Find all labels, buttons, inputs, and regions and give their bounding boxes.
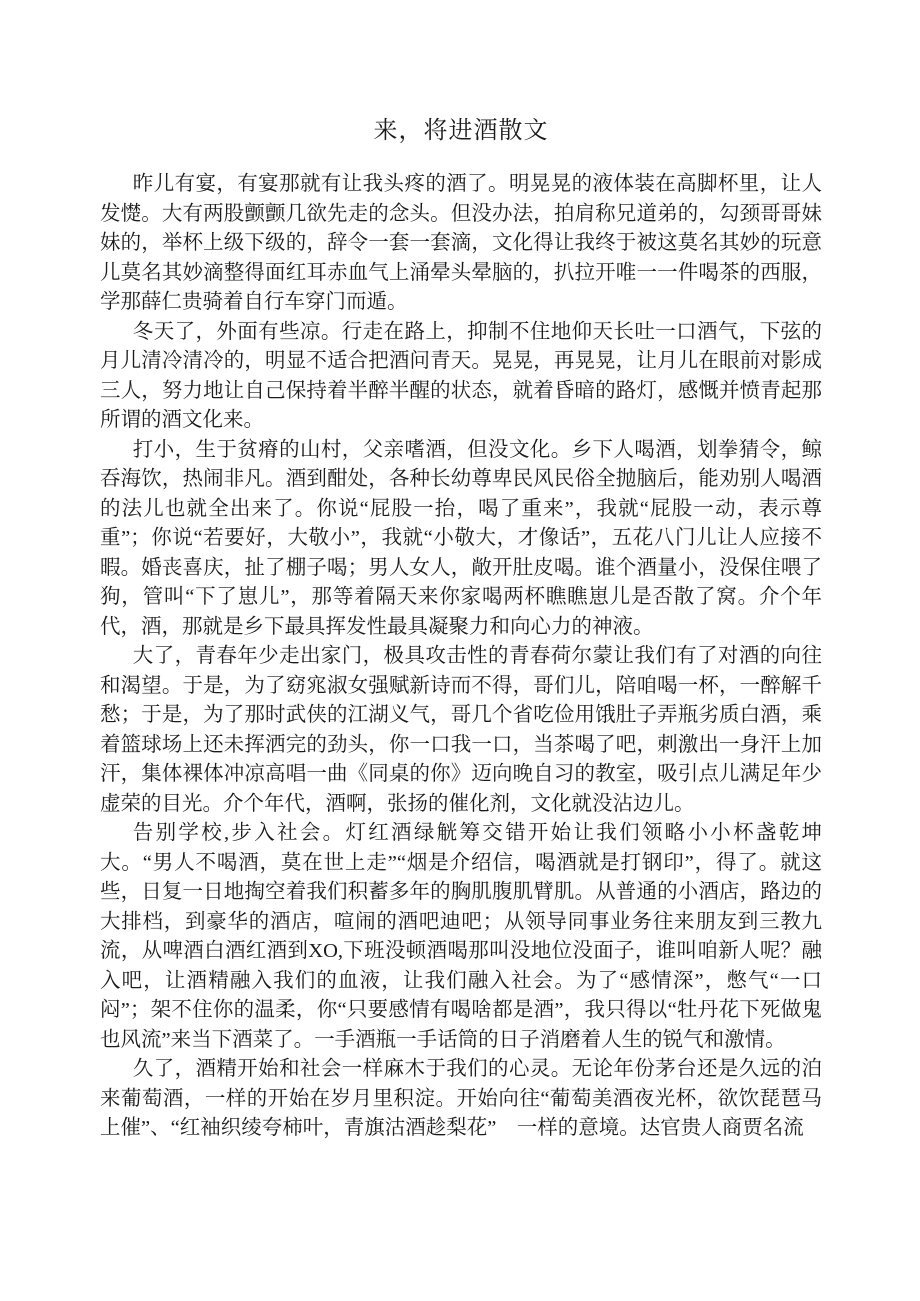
document-title: 来，将进酒散文 [100,116,822,146]
paragraph-1: 昨儿有宴，有宴那就有让我头疼的酒了。明晃晃的液体装在高脚杯里，让人发憷。大有两股… [100,170,822,318]
paragraph-4: 大了，青春年少走出家门，极具攻击性的青春荷尔蒙让我们有了对酒的向往和渴望。于是，… [100,642,822,819]
paragraph-2: 冬天了，外面有些凉。行走在路上，抑制不住地仰天长吐一口酒气，下弦的月儿清冷清冷的… [100,318,822,436]
document-page: 来，将进酒散文 昨儿有宴，有宴那就有让我头疼的酒了。明晃晃的液体装在高脚杯里，让… [0,0,920,1301]
paragraph-3: 打小，生于贫瘠的山村，父亲嗜酒，但没文化。乡下人喝酒，划拳猜令，鲸吞海饮，热闹非… [100,436,822,643]
document-content: 来，将进酒散文 昨儿有宴，有宴那就有让我头疼的酒了。明晃晃的液体装在高脚杯里，让… [0,0,920,1144]
paragraph-6: 久了，酒精开始和社会一样麻木于我们的心灵。无论年份茅台还是久远的泊来葡萄酒，一样… [100,1055,822,1144]
paragraph-5: 告别学校,步入社会。灯红酒绿觥筹交错开始让我们领略小小杯盏乾坤大。“男人不喝酒，… [100,819,822,1055]
